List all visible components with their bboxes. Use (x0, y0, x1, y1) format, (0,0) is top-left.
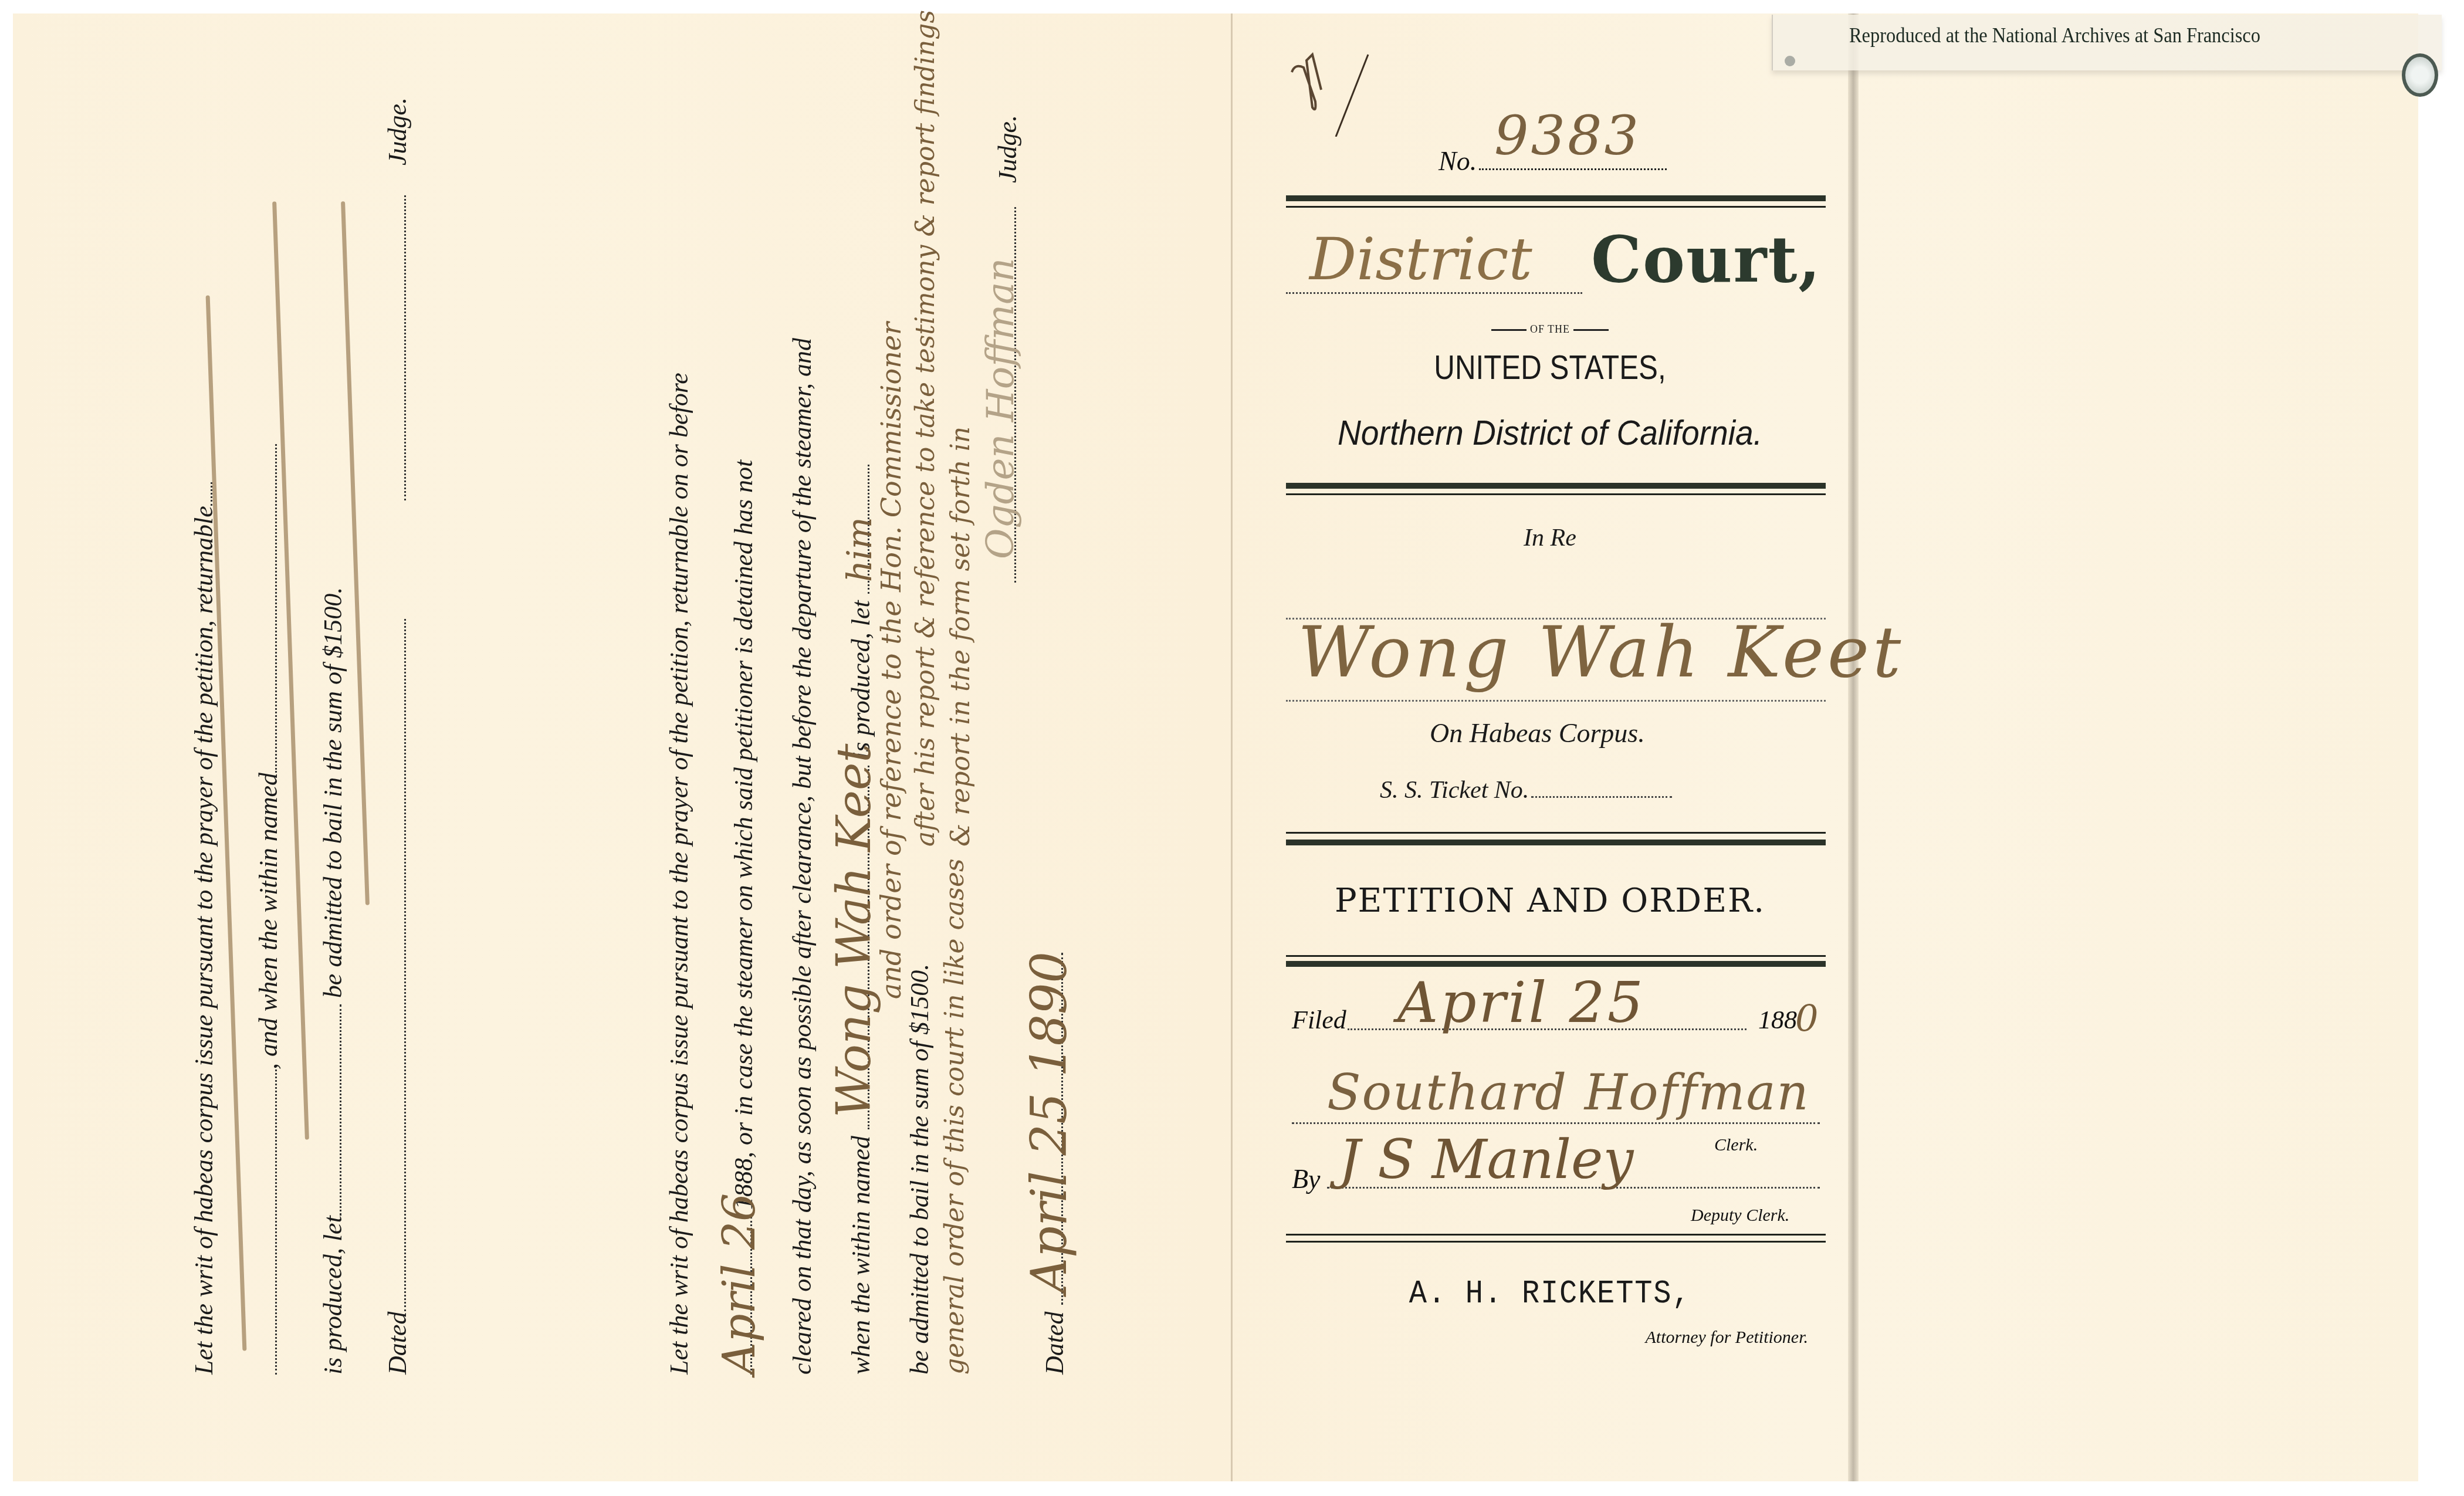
divider-rule (1286, 961, 1826, 967)
court-heading: District Court, (1286, 228, 1826, 298)
divider-rule (1286, 206, 1826, 208)
order-line-4: when the within named Wong Wah Keet is p… (846, 465, 876, 1375)
archive-label: Reproduced at the National Archives at S… (1772, 15, 2442, 70)
petitioner-field-bottom (1286, 700, 1826, 702)
handwritten-annotation: after his report & reference to take tes… (911, 10, 940, 847)
attorney-role: Attorney for Petitioner. (1646, 1328, 1808, 1348)
united-states-heading: UNITED STATES, (1316, 348, 1785, 387)
petitioner-name-handwritten: Wong Wah Keet (827, 744, 881, 1118)
petitioner-name: Wong Wah Keet (1298, 612, 1904, 693)
district-heading: Northern District of California. (1297, 412, 1804, 453)
clerk-signature: Southard Hoffman (1327, 1064, 1810, 1121)
grommet-icon (2402, 53, 2438, 97)
divider-rule (1286, 493, 1826, 495)
order-line-3: cleared on that day, as soon as possible… (787, 338, 817, 1375)
order-line-2: April 26 1888, or in case the steamer on… (729, 460, 759, 1375)
archive-label-text: Reproduced at the National Archives at S… (1849, 23, 2260, 48)
case-number-label: No. (1439, 146, 1477, 176)
order-line-1: Let the writ of habeas corpus issue purs… (189, 482, 219, 1375)
return-date-handwritten: April 26 (713, 1193, 765, 1375)
judge-signature-line: Ogden Hoffman Judge. (993, 115, 1023, 583)
document-title: PETITION AND ORDER. (1274, 882, 1826, 920)
cover-panel: No. 9383 District Court, OF THE UNITED S… (1274, 13, 1826, 1481)
order-line-1: Let the writ of habeas corpus issue purs… (664, 373, 694, 1375)
divider-rule (1286, 1234, 1826, 1236)
court-type-field: District (1286, 228, 1582, 294)
filed-date: April 25 (1397, 970, 1646, 1035)
filed-row: Filed April 25 188 0 (1292, 1005, 1820, 1040)
order-panel-unused: Let the writ of habeas corpus issue purs… (189, 84, 471, 1375)
corner-check-mark-icon (1280, 37, 1374, 137)
document-sheet: Let the writ of habeas corpus issue purs… (13, 13, 2418, 1481)
attorney-name: A. H. RICKETTS, (1302, 1275, 1798, 1312)
judge-signature: Ogden Hoffman (979, 258, 1023, 559)
divider-rule (1286, 1241, 1826, 1243)
divider-rule (1286, 195, 1826, 201)
handwritten-annotation: & report in the form set forth in (946, 427, 976, 847)
habeas-corpus-label: On Habeas Corpus. (1430, 717, 1645, 749)
ticket-number-row: S. S. Ticket No. (1380, 776, 1672, 804)
handwritten-annotation: general order of this court in like case… (940, 858, 970, 1375)
dated-value-handwritten: April 25 1890 (1020, 952, 1078, 1293)
deputy-clerk-signature: J S Manley (1339, 1128, 1634, 1191)
order-line-5: be admitted to bail in the sum of $1500. (905, 964, 935, 1375)
fold-line (1231, 13, 1233, 1481)
divider-rule (1286, 840, 1826, 845)
divider-rule (1286, 832, 1826, 834)
order-line-3: is produced, let be admitted to bail in … (318, 587, 348, 1375)
order-line-2: , and when the within named (253, 444, 283, 1375)
handwritten-annotation: and order of reference to the Hon. Commi… (875, 322, 907, 999)
filed-year-handwritten: 0 (1795, 997, 1818, 1040)
order-panel-executed: Let the writ of habeas corpus issue purs… (664, 84, 1075, 1375)
court-title: Court, (1591, 223, 1822, 297)
judge-signature-line: Judge. (383, 97, 412, 500)
in-re-label: In Re (1274, 524, 1826, 552)
divider-rule (1286, 483, 1826, 489)
divider-rule (1286, 955, 1826, 957)
case-number-value: 9383 (1494, 104, 1641, 167)
grommet-icon (1785, 56, 1795, 66)
of-the-label: OF THE (1274, 323, 1826, 336)
fold-line (1848, 13, 1859, 1481)
dated-line: Dated April 25 1890 (1040, 953, 1069, 1375)
case-number-row: No. 9383 (1439, 145, 1667, 177)
dated-line: Dated (383, 619, 412, 1375)
